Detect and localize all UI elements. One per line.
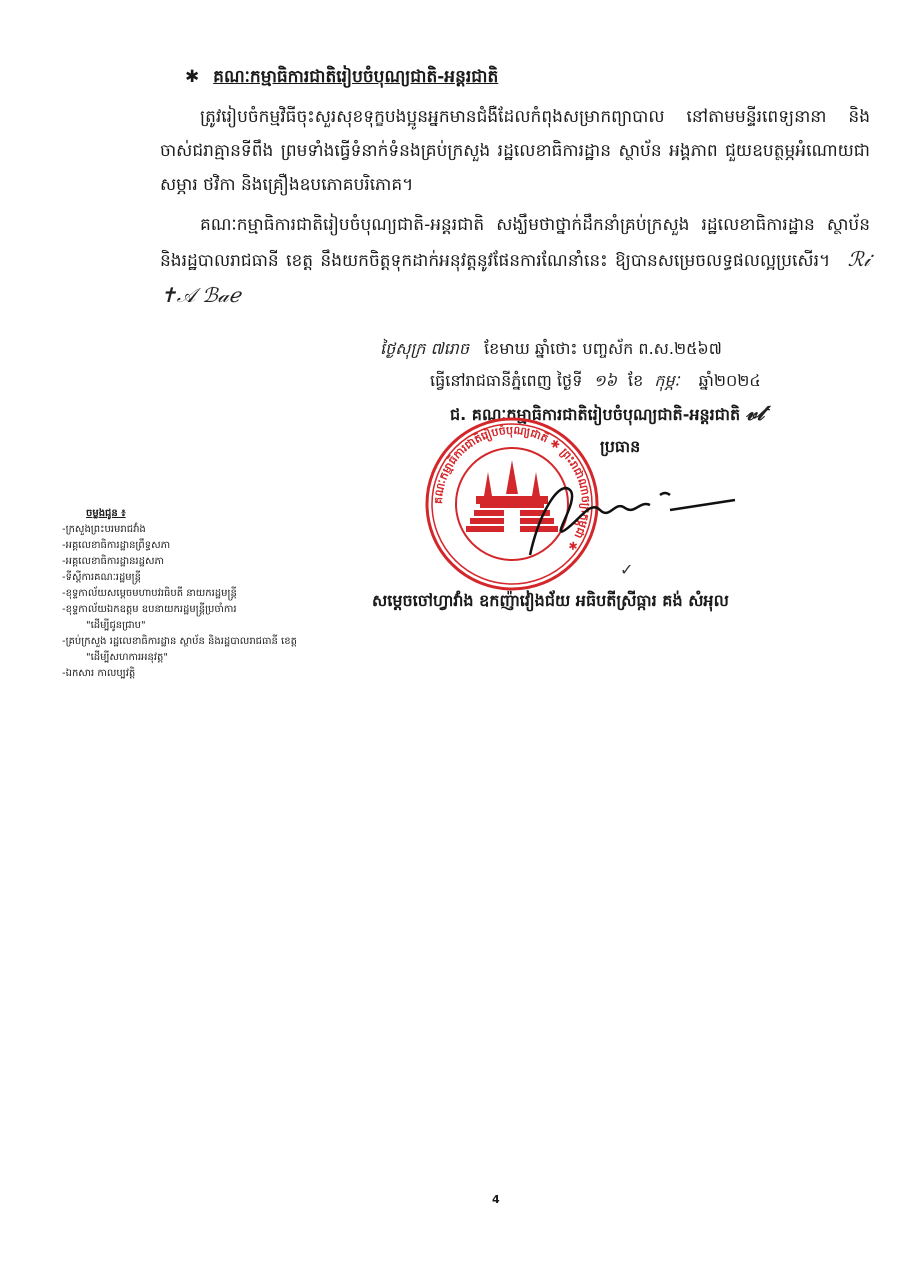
solar-year: ឆ្នាំ២០២៤ — [699, 371, 761, 390]
cc-item: -ទីស្តីការគណៈរដ្ឋមន្ត្រី — [62, 570, 297, 586]
cc-item: -ខុទ្ទកាល័យឯកឧត្តម ឧបនាយករដ្ឋមន្ត្រីប្រច… — [62, 602, 297, 618]
checkmark-icon: ✓ — [620, 560, 633, 579]
lunar-date-text: ខែមាឃ ឆ្នាំថោះ បញ្ចស័ក ព.ស.២៥៦៧ — [484, 339, 722, 358]
solar-date-prefix: ធ្វើនៅរាជធានីភ្នំពេញ ថ្ងៃទី — [430, 371, 582, 390]
paragraph-2-text: គណៈកម្មាធិការជាតិរៀបចំបុណ្យជាតិ-អន្តរជាត… — [160, 215, 870, 271]
carbon-copy-list: ចម្លងជូន ៖ -ក្រសួងព្រះបរមរាជវាំង-អគ្គលេខ… — [62, 506, 297, 682]
bullet-star-icon: ✱ — [185, 67, 199, 87]
cc-title: ចម្លងជូន ៖ — [62, 506, 297, 522]
paragraph-1: ត្រូវរៀបចំកម្មវិធីចុះសួរសុខទុក្ខបងប្អូនអ… — [160, 100, 870, 202]
paragraph-2: គណៈកម្មាធិការជាតិរៀបចំបុណ្យជាតិ-អន្តរជាត… — [160, 208, 870, 314]
cc-item: -គ្រប់ក្រសួង រដ្ឋលេខាធិការដ្ឋាន ស្ថាប័ន … — [62, 634, 297, 650]
cc-item: "ដើម្បីជូនជ្រាប" — [62, 618, 297, 634]
cc-item: "ដើម្បីសហការអនុវត្ត" — [62, 650, 297, 666]
solar-month-label: ខែ — [628, 371, 643, 390]
solar-day: ១៦ — [593, 371, 616, 390]
cc-items: -ក្រសួងព្រះបរមរាជវាំង-អគ្គលេខាធិការដ្ឋាន… — [62, 522, 297, 682]
signer-role: ប្រធាន — [600, 436, 640, 460]
cc-item: -អគ្គលេខាធិការដ្ឋានរដ្ឋសភា — [62, 554, 297, 570]
section-heading: ✱ គណៈកម្មាធិការជាតិរៀបចំបុណ្យជាតិ-អន្តរជ… — [185, 66, 498, 91]
solar-month: កុម្ភៈ — [654, 371, 679, 390]
cc-item: -ក្រសួងព្រះបរមរាជវាំង — [62, 522, 297, 538]
lunar-day-handwritten: ថ្ងៃសុក្រ ៧រោច — [380, 339, 469, 358]
signer-name: សម្តេចចៅហ្វាវាំង ឧកញ៉ាវៀងជ័យ អធិបតីស្រីធ… — [372, 590, 729, 614]
page-number: 4 — [492, 1193, 500, 1206]
section-title: គណៈកម្មាធិការជាតិរៀបចំបុណ្យជាតិ-អន្តរជាត… — [213, 67, 498, 87]
cc-item: -អគ្គលេខាធិការដ្ឋានព្រឹទ្ធសភា — [62, 538, 297, 554]
cc-item: -ខុទ្ទកាល័យសម្តេចមហាបវរធិបតី នាយករដ្ឋមន្… — [62, 586, 297, 602]
solar-date: ធ្វើនៅរាជធានីភ្នំពេញ ថ្ងៃទី ១៦ ខែ កុម្ភៈ… — [430, 370, 761, 394]
handwritten-signature — [520, 470, 740, 560]
lunar-date: ថ្ងៃសុក្រ ៧រោច ខែមាឃ ឆ្នាំថោះ បញ្ចស័ក ព.… — [380, 338, 722, 362]
cc-item: -ឯកសារ កាលប្បវត្តិ — [62, 666, 297, 682]
initials-mark: 𝓋𝓉 — [746, 400, 764, 426]
